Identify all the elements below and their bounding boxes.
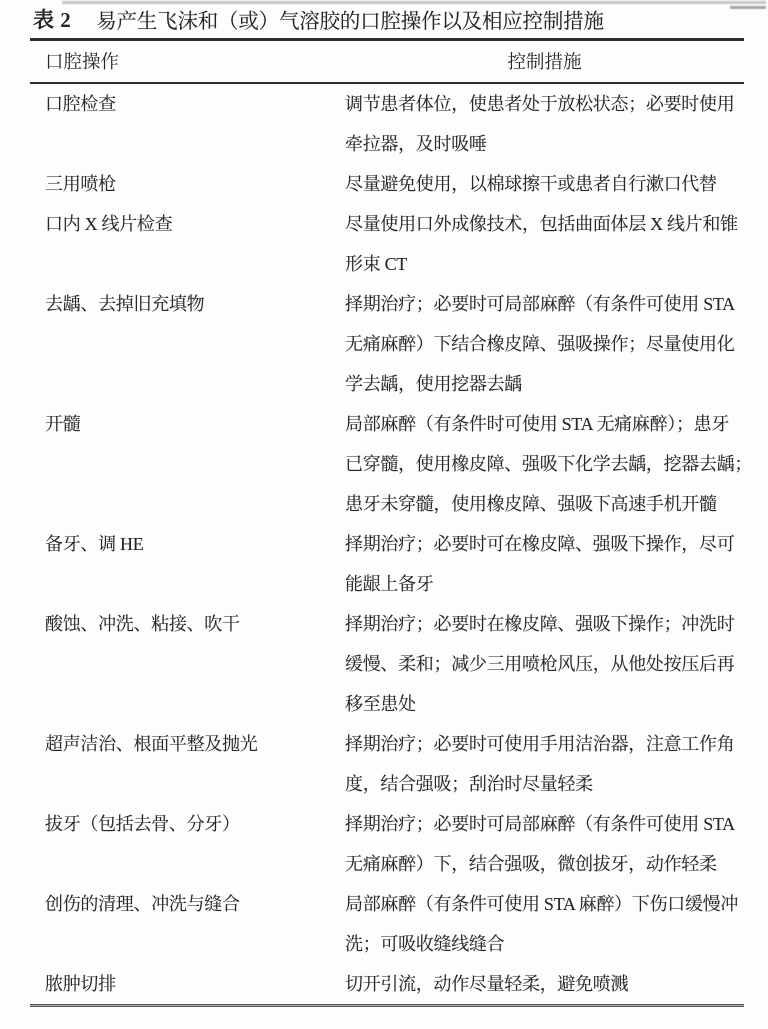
column-header-operation: 口腔操作 (30, 48, 345, 74)
table-row: 脓肿切排 切开引流，动作尽量轻柔，避免喷溅 (30, 964, 744, 1004)
measure-line: 移至患处 (345, 684, 744, 724)
table-row: 酸蚀、冲洗、粘接、吹干 择期治疗；必要时在橡皮障、强吸下操作；冲洗时缓慢、柔和；… (30, 604, 744, 724)
measure-line: 择期治疗；必要时可使用手用洁治器，注意工作角 (345, 724, 744, 764)
measure-line: 无痛麻醉）下，结合强吸，微创拔牙，动作轻柔 (345, 844, 744, 884)
operation-cell: 口腔检查 (30, 84, 345, 124)
table-row: 备牙、调 HE 择期治疗；必要时可在橡皮障、强吸下操作，尽可能龈上备牙 (30, 524, 744, 604)
measure-line: 度，结合强吸；刮治时尽量轻柔 (345, 764, 744, 804)
operation-cell: 三用喷枪 (30, 164, 345, 204)
table-caption: 表 2 易产生飞沫和（或）气溶胶的口腔操作以及相应控制措施 (30, 0, 744, 38)
measure-line: 已穿髓，使用橡皮障、强吸下化学去龋，挖器去龋； (345, 444, 744, 484)
measures-cell: 择期治疗；必要时可局部麻醉（有条件可使用 STA无痛麻醉）下，结合强吸，微创拔牙… (345, 804, 744, 884)
measures-cell: 局部麻醉（有条件时可使用 STA 无痛麻醉）；患牙已穿髓，使用橡皮障、强吸下化学… (345, 404, 744, 524)
measures-cell: 择期治疗；必要时可使用手用洁治器，注意工作角度，结合强吸；刮治时尽量轻柔 (345, 724, 744, 804)
measures-cell: 局部麻醉（有条件可使用 STA 麻醉）下伤口缓慢冲洗；可吸收缝线缝合 (345, 884, 744, 964)
operation-cell: 超声洁治、根面平整及抛光 (30, 724, 345, 764)
measure-line: 择期治疗；必要时可在橡皮障、强吸下操作，尽可 (345, 524, 744, 564)
operation-cell: 开髓 (30, 404, 345, 444)
operation-label: 去龋、去掉旧充填物 (45, 284, 345, 324)
table-row: 开髓 局部麻醉（有条件时可使用 STA 无痛麻醉）；患牙已穿髓，使用橡皮障、强吸… (30, 404, 744, 524)
table-row: 三用喷枪 尽量避免使用，以棉球擦干或患者自行漱口代替 (30, 164, 744, 204)
operation-label: 口腔检查 (45, 84, 345, 124)
operation-label: 创伤的清理、冲洗与缝合 (45, 884, 345, 924)
operation-cell: 备牙、调 HE (30, 524, 345, 564)
measure-line: 牵拉器，及时吸唾 (345, 124, 744, 164)
measure-line: 局部麻醉（有条件时可使用 STA 无痛麻醉）；患牙 (345, 404, 744, 444)
table-title: 易产生飞沫和（或）气溶胶的口腔操作以及相应控制措施 (96, 4, 604, 34)
operation-label: 脓肿切排 (45, 964, 345, 1004)
measure-line: 学去龋，使用挖器去龋 (345, 364, 744, 404)
operation-label: 拔牙（包括去骨、分牙） (45, 804, 345, 844)
operation-cell: 脓肿切排 (30, 964, 345, 1004)
measure-line: 形束 CT (345, 244, 744, 284)
operation-cell: 口内 X 线片检查 (30, 204, 345, 244)
measure-line: 调节患者体位，使患者处于放松状态；必要时使用 (345, 84, 744, 124)
measure-line: 切开引流，动作尽量轻柔，避免喷溅 (345, 964, 744, 1004)
operation-cell: 去龋、去掉旧充填物 (30, 284, 345, 324)
measure-line: 局部麻醉（有条件可使用 STA 麻醉）下伤口缓慢冲 (345, 884, 744, 924)
operation-cell: 创伤的清理、冲洗与缝合 (30, 884, 345, 924)
measure-line: 无痛麻醉）下结合橡皮障、强吸操作；尽量使用化 (345, 324, 744, 364)
measure-line: 择期治疗；必要时可局部麻醉（有条件可使用 STA (345, 284, 744, 324)
operation-label: 口内 X 线片检查 (45, 204, 345, 244)
measures-cell: 择期治疗；必要时可在橡皮障、强吸下操作，尽可能龈上备牙 (345, 524, 744, 604)
operation-label: 备牙、调 HE (45, 524, 345, 564)
operation-label: 酸蚀、冲洗、粘接、吹干 (45, 604, 345, 644)
measure-line: 择期治疗；必要时在橡皮障、强吸下操作；冲洗时 (345, 604, 744, 644)
measure-line: 尽量避免使用，以棉球擦干或患者自行漱口代替 (345, 164, 744, 204)
operation-label: 三用喷枪 (45, 164, 345, 204)
table-header-row: 口腔操作 控制措施 (30, 41, 744, 82)
measure-line: 洗；可吸收缝线缝合 (345, 924, 744, 964)
measures-cell: 择期治疗；必要时在橡皮障、强吸下操作；冲洗时缓慢、柔和；减少三用喷枪风压，从他处… (345, 604, 744, 724)
table-bottom-rule (30, 1004, 744, 1007)
table-row: 去龋、去掉旧充填物 择期治疗；必要时可局部麻醉（有条件可使用 STA无痛麻醉）下… (30, 284, 744, 404)
measure-line: 患牙未穿髓，使用橡皮障、强吸下高速手机开髓 (345, 484, 744, 524)
measures-cell: 切开引流，动作尽量轻柔，避免喷溅 (345, 964, 744, 1004)
column-header-measures: 控制措施 (345, 48, 744, 74)
measures-cell: 择期治疗；必要时可局部麻醉（有条件可使用 STA无痛麻醉）下结合橡皮障、强吸操作… (345, 284, 744, 404)
measures-cell: 调节患者体位，使患者处于放松状态；必要时使用牵拉器，及时吸唾 (345, 84, 744, 164)
operation-label: 超声洁治、根面平整及抛光 (45, 724, 345, 764)
table-row: 超声洁治、根面平整及抛光 择期治疗；必要时可使用手用洁治器，注意工作角度，结合强… (30, 724, 744, 804)
table-row: 创伤的清理、冲洗与缝合 局部麻醉（有条件可使用 STA 麻醉）下伤口缓慢冲洗；可… (30, 884, 744, 964)
measure-line: 择期治疗；必要时可局部麻醉（有条件可使用 STA (345, 804, 744, 844)
operation-label: 开髓 (45, 404, 345, 444)
table-body: 口腔检查 调节患者体位，使患者处于放松状态；必要时使用牵拉器，及时吸唾 三用喷枪… (30, 84, 744, 1004)
measures-cell: 尽量使用口外成像技术，包括曲面体层 X 线片和锥形束 CT (345, 204, 744, 284)
measure-line: 能龈上备牙 (345, 564, 744, 604)
operation-cell: 拔牙（包括去骨、分牙） (30, 804, 345, 844)
measure-line: 缓慢、柔和；减少三用喷枪风压，从他处按压后再 (345, 644, 744, 684)
table-row: 拔牙（包括去骨、分牙） 择期治疗；必要时可局部麻醉（有条件可使用 STA无痛麻醉… (30, 804, 744, 884)
table-row: 口腔检查 调节患者体位，使患者处于放松状态；必要时使用牵拉器，及时吸唾 (30, 84, 744, 164)
table-row: 口内 X 线片检查 尽量使用口外成像技术，包括曲面体层 X 线片和锥形束 CT (30, 204, 744, 284)
measure-line: 尽量使用口外成像技术，包括曲面体层 X 线片和锥 (345, 204, 744, 244)
table-label: 表 2 (33, 4, 71, 34)
table-2: 表 2 易产生飞沫和（或）气溶胶的口腔操作以及相应控制措施 口腔操作 控制措施 … (30, 0, 744, 1007)
measures-cell: 尽量避免使用，以棉球擦干或患者自行漱口代替 (345, 164, 744, 204)
operation-cell: 酸蚀、冲洗、粘接、吹干 (30, 604, 345, 644)
